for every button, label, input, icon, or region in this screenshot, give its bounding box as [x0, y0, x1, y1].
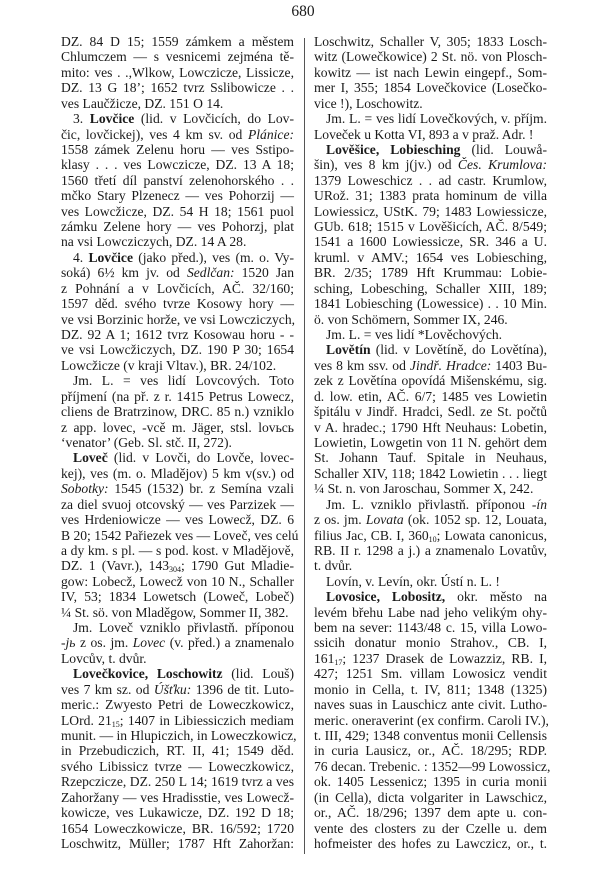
- text-line: Jm. L. = ves lidí *Lověchových.: [314, 327, 547, 342]
- entry-headword: Lovosice, Lobositz,: [326, 589, 445, 604]
- text-line: t. III, 429; 1348 conventus monii Cellen…: [314, 728, 547, 743]
- text-segment: cliens de Bratrzinow, DRC. 85 n.) vznikl…: [61, 404, 294, 419]
- text-segment: DZ. 92 A 1; 1612 tvrz Kosowau horu - -: [61, 327, 294, 342]
- text-line: Lověšice, Lobiesching (lid. Louwå-: [314, 142, 547, 157]
- text-segment: Lowcžicze (v kraji Vltav.), BR. 24/102.: [61, 358, 276, 373]
- entry-headword: Lovětín: [326, 342, 371, 357]
- text-segment: šin), ves 8 km j(jv.) od: [314, 157, 458, 172]
- text-segment: Lovcův, t. dvůr.: [61, 651, 147, 666]
- text-line: DZ. 1 (Vavr.), 143304; 1790 Gut Mladie-: [61, 558, 294, 573]
- italic-term: Lovata: [366, 512, 404, 527]
- text-segment: 1403 Bu-: [491, 358, 547, 373]
- text-segment: 1558 zámek Zelenu horu — ves Sstipo-: [61, 142, 294, 157]
- text-segment: (jako před.), ves (m. o. Vy-: [133, 250, 294, 265]
- text-line: ve vsi Borzinic horže, ve vsi Lowcziczyc…: [61, 312, 294, 327]
- text-line: šin), ves 8 km j(jv.) od Čes. Krumlova:: [314, 157, 547, 172]
- entry-headword: Lovčice: [88, 250, 133, 265]
- page-number: 680: [0, 3, 600, 21]
- text-line: 1597 děd. svého tvrze Kosowy hory —: [61, 296, 294, 311]
- text-line: meric.: Zwyesto Petri de Loweczkowicz,: [61, 697, 294, 712]
- text-segment: (lid. Louwå-: [460, 142, 547, 157]
- text-line: příjmení (na př. z r. 1415 Petrus Lowecz…: [61, 389, 294, 404]
- text-segment: v A. hradec.; 1790 Hft Neuhaus: Lobetin,: [314, 420, 547, 435]
- text-segment: (lid. v Lovčicích, do Lov-: [134, 111, 294, 126]
- text-segment: ves 7 km sz. od: [61, 682, 154, 697]
- text-segment: ; 1407 in Libiessiczich mediam: [120, 713, 294, 728]
- text-segment: filius Jac, CB. I, 360: [314, 528, 429, 543]
- text-line: 1379 Loweschicz . . ad castr. Krumlow,: [314, 173, 547, 188]
- text-segment: Jm. L. = ves lidí *Lověchových.: [326, 327, 502, 342]
- text-segment: ve vsi Borzinic horže, ve vsi Lowcziczyc…: [61, 312, 295, 327]
- text-line: Lowcžicze (v kraji Vltav.), BR. 24/102.: [61, 358, 294, 373]
- text-segment: (lid. v Lovětíně, do Lovětína),: [371, 342, 547, 357]
- text-line: DZ. 13 G 18’; 1652 tvrz Sslibowicze . .: [61, 80, 294, 95]
- text-segment: meric.: Zwyesto Petri de Loweczkowicz,: [61, 697, 294, 712]
- text-segment: ¼ St. n. von Jaroschau, Sommer X, 242.: [314, 481, 533, 496]
- text-line: d. low. etin, AČ. 6/7; 1485 ves Lowietin: [314, 389, 547, 404]
- text-segment: t. dvůr.: [314, 558, 352, 573]
- text-line: Jm. L. = ves lidí Lovečkových, v. příjm.: [314, 111, 547, 126]
- text-segment: ves Hrdeniowicze — ves Lowecž, DZ. 6: [61, 512, 294, 527]
- text-segment: Lowiessicz, UStK. 79; 1483 Lowiessicze,: [314, 204, 547, 219]
- text-segment: ves 8 km ssv. od: [314, 358, 410, 373]
- text-line: B 20; 1542 Pařiezek ves — Loveč, ves cel…: [61, 528, 294, 543]
- text-segment: a dy km. s pl. — s pod. kost. v Mladějov…: [61, 543, 294, 558]
- text-segment: DZ. 84 D 15; 1559 zámkem a městem: [61, 34, 294, 49]
- text-line: ves 7 km sz. od Úšťku: 1396 de tit. Luto…: [61, 682, 294, 697]
- entry-headword: Loveč: [73, 450, 108, 465]
- text-line: ve vsi Lowcžiczych, DZ. 190 P 30; 1654: [61, 342, 294, 357]
- text-line: Lovosice, Lobositz, okr. město na: [314, 589, 547, 604]
- text-line: 3. Lovčice (lid. v Lovčicích, do Lov-: [61, 111, 294, 126]
- text-line: mito: ves . .,Wlkow, Lowczicze, Lissicze…: [61, 65, 294, 80]
- text-line: LOrd. 2115; 1407 in Libiessiczich mediam: [61, 713, 294, 728]
- text-line: Schaller XIV, 118; 1842 Lowietin . . . l…: [314, 466, 547, 481]
- text-line: ves 8 km ssv. od Jindř. Hradce: 1403 Bu-: [314, 358, 547, 373]
- text-segment: ok. 1405 Lessenicz; 1395 in curia monii: [314, 774, 547, 789]
- text-segment: zámku Zelene hory — ves Pohorzj, plat: [61, 219, 294, 234]
- text-segment: Loschwitz, Müller; 1787 Hft Zahoržan:: [61, 836, 294, 851]
- text-line: (in Cella), dicta volgariter in Lawschic…: [314, 790, 547, 805]
- italic-term: -jь: [61, 635, 76, 650]
- text-line: špitálu v Jindř. Hradci, Sedl. ze St. po…: [314, 404, 547, 419]
- text-line: 427; 1251 Sm. villam Lowosicz vendit: [314, 666, 547, 681]
- text-line: in curia Lausicz, or., AČ. 18/295; RDP.: [314, 743, 547, 758]
- text-segment: witz (Lowečkowice) 2 St. nö. von Plosch-: [314, 49, 547, 64]
- text-line: ‘venator’ (Geb. Sl. stč. II, 272).: [61, 435, 294, 450]
- text-line: 16117; 1237 Drasek de Lowazziz, RB. I,: [314, 651, 547, 666]
- text-line: mer I, 355; 1854 Lovečkovice (Losečko-: [314, 80, 547, 95]
- text-segment: ¼ St. sö. von Mladěgow, Sommer II, 382.: [61, 605, 289, 620]
- text-line: filius Jac, CB. I, 36010; Lowata canonic…: [314, 528, 547, 543]
- text-segment: ve vsi Lowcžiczych, DZ. 190 P 30; 1654: [61, 342, 294, 357]
- text-line: meric. oneraverint (ex confirm. Caroli I…: [314, 713, 547, 728]
- text-line: z app. lovec, -vcě m. Jäger, stsl. lovьc…: [61, 420, 294, 435]
- text-segment: (lid. v Lovči, do Lovče, lovec-: [108, 450, 294, 465]
- text-line: Jm. Loveč vzniklo přivlastň. příponou: [61, 620, 294, 635]
- text-line: kowitz — ist nach Lewin eingepf., Som-: [314, 65, 547, 80]
- text-segment: gow: Lobecž, Lowecž von 10 N., Schaller: [61, 574, 294, 589]
- text-line: Loveč (lid. v Lovči, do Lovče, lovec-: [61, 450, 294, 465]
- italic-term: Úšťku:: [154, 682, 191, 697]
- text-segment: levém břehu Labe nad jeho velikým ohy-: [314, 605, 547, 620]
- text-segment: klasy . . . ves Lowczicze, DZ. 13 A 18;: [61, 157, 294, 172]
- text-segment: za diel svuoj otcovský — ves Parzizek —: [61, 497, 294, 512]
- text-line: svého Libissicz tvrze — Loweczkowicz,: [61, 759, 294, 774]
- text-segment: (ok. 1052 sp. 12, Louata,: [404, 512, 547, 527]
- text-segment: 427; 1251 Sm. villam Lowosicz vendit: [314, 666, 547, 681]
- text-line: Lovcův, t. dvůr.: [61, 651, 294, 666]
- text-line: DZ. 84 D 15; 1559 zámkem a městem: [61, 34, 294, 49]
- text-line: RB. II r. 1298 a j.) a znamenalo Lovatův…: [314, 543, 547, 558]
- text-segment: z app. lovec, -vcě m. Jäger, stsl. lovьc…: [61, 420, 294, 435]
- text-line: witz (Lowečkowice) 2 St. nö. von Plosch-: [314, 49, 547, 64]
- text-segment: ves Lowcžicze, DZ. 54 H 18; 1561 puol: [61, 204, 294, 219]
- text-line: ¼ St. n. von Jaroschau, Sommer X, 242.: [314, 481, 547, 496]
- text-segment: munit. — in Hlupiczich, in Loweczkowicz,: [61, 728, 297, 743]
- text-segment: ; 1237 Drasek de Lowazziz, RB. I,: [342, 651, 547, 666]
- text-line: cliens de Bratrzinow, DRC. 85 n.) vznikl…: [61, 404, 294, 419]
- text-segment: špitálu v Jindř. Hradci, Sedl. ze St. po…: [314, 404, 547, 419]
- text-segment: 1379 Loweschicz . . ad castr. Krumlow,: [314, 173, 547, 188]
- text-line: Loschwitz, Schaller V, 305; 1833 Losch-: [314, 34, 547, 49]
- text-line: naves suas in Lauschicz ante civit. Luth…: [314, 697, 547, 712]
- text-segment: kowicze, ves Lukawicze, DZ. 192 D 18;: [61, 805, 294, 820]
- text-segment: hofmeister des hofes zu Lawczicz, or., t…: [314, 836, 547, 851]
- text-segment: Chlumczem — s vesnicemi zejména tě-: [61, 49, 294, 64]
- text-segment: mer I, 355; 1854 Lovečkovice (Losečko-: [314, 80, 547, 95]
- text-line: a dy km. s pl. — s pod. kost. v Mladějov…: [61, 543, 294, 558]
- text-line: gow: Lobecž, Lowecž von 10 N., Schaller: [61, 574, 294, 589]
- text-segment: in curia Lausicz, or., AČ. 18/295; RDP.: [314, 743, 547, 758]
- text-segment: 1545 (1532) br. z Semína vzali: [109, 481, 294, 496]
- text-segment: 1597 děd. svého tvrze Kosowy hory —: [61, 296, 294, 311]
- text-line: DZ. 92 A 1; 1612 tvrz Kosowau horu - -: [61, 327, 294, 342]
- text-line: 1654 Loweczkowicze, BR. 16/592; 1720: [61, 821, 294, 836]
- text-segment: zek z Lovětína opovídá Mišenskému, sig.: [314, 373, 547, 388]
- text-segment: 1560 třetí díl panství zelenohorského . …: [61, 173, 294, 188]
- text-segment: 1520 Jan: [235, 265, 295, 280]
- text-line: klasy . . . ves Lowczicze, DZ. 13 A 18;: [61, 157, 294, 172]
- text-segment: (lid. Louš): [223, 666, 294, 681]
- italic-term: Lovec: [133, 635, 165, 650]
- right-column: Loschwitz, Schaller V, 305; 1833 Losch-w…: [314, 34, 547, 851]
- text-segment: Zahoržany — ves Hradisstie, ves Lowecž-: [61, 790, 294, 805]
- text-line: Loschwitz, Müller; 1787 Hft Zahoržan:: [61, 836, 294, 851]
- text-line: ssicih donatur monio Strahov., CB. I,: [314, 635, 547, 650]
- text-segment: okr. město na: [445, 589, 547, 604]
- text-line: Lovětín (lid. v Lovětíně, do Lovětína),: [314, 342, 547, 357]
- text-segment: Loschwitz, Schaller V, 305; 1833 Losch-: [314, 34, 547, 49]
- text-segment: URož. 31; 1383 prata hominum de villa: [314, 188, 547, 203]
- column-divider: [304, 38, 305, 854]
- text-segment: naves suas in Lauschicz ante civit. Luth…: [314, 697, 547, 712]
- text-line: kej), ves (m. o. Mladějov) 5 km v(sv.) o…: [61, 466, 294, 481]
- text-line: hofmeister des hofes zu Lawczicz, or., t…: [314, 836, 547, 851]
- text-segment: 1541 a 1600 Lowiessicze, SR. 346 a U.: [314, 234, 547, 249]
- text-segment: kowitz — ist nach Lewin eingepf., Som-: [314, 65, 547, 80]
- text-line: Jm. L. = ves lidí Lovcových. Toto: [61, 373, 294, 388]
- text-segment: bem na sever: 1143/48 c. 15, villa Lowo-: [314, 620, 547, 635]
- italic-term: Sobotky:: [61, 481, 109, 496]
- italic-term: -ín: [532, 497, 547, 512]
- text-line: Lovečkovice, Loschowitz (lid. Louš): [61, 666, 294, 681]
- text-line: ö. von Schömern, Sommer IX, 246.: [314, 312, 547, 327]
- text-line: zámku Zelene hory — ves Pohorzj, plat: [61, 219, 294, 234]
- text-line: Jm. L. vzniklo přivlastň. příponou -ín: [314, 497, 547, 512]
- text-line: t. dvůr.: [314, 558, 547, 573]
- text-line: Lovín, v. Levín, okr. Ústí n. L. !: [314, 574, 547, 589]
- text-line: 76 decan. Trebenic. : 1352—99 Lowossicz,: [314, 759, 547, 774]
- text-line: 1558 zámek Zelenu horu — ves Sstipo-: [61, 142, 294, 157]
- text-line: Lowietin, Lowgetin von 11 N. gehört dem: [314, 435, 547, 450]
- text-segment: ves Laučžicze, DZ. 151 O 14.: [61, 96, 223, 111]
- text-segment: 1654 Loweczkowicze, BR. 16/592; 1720: [61, 821, 294, 836]
- text-segment: 1396 de tit. Luto-: [191, 682, 294, 697]
- text-line: z os. jm. Lovata (ok. 1052 sp. 12, Louat…: [314, 512, 547, 527]
- text-segment: Jm. L. = ves lidí Lovečkových, v. příjm.: [326, 111, 547, 126]
- text-line: vice !), Loschowitz.: [314, 96, 547, 111]
- text-segment: čic, lovčickej), ves 4 km sv. od: [61, 127, 248, 142]
- text-segment: BR. 2/35; 1789 Hft Krummau: Lobie-: [314, 265, 547, 280]
- text-line: in Przebudiczich, RT. II, 41; 1549 děd.: [61, 743, 294, 758]
- text-line: Loveček u Kotta VI, 893 a v praž. Adr. !: [314, 127, 547, 142]
- text-segment: příjmení (na př. z r. 1415 Petrus Lowecz…: [61, 389, 294, 404]
- text-segment: 161: [314, 651, 334, 666]
- text-segment: z os. jm.: [314, 512, 366, 527]
- text-line: na vsi Lowcziczych, DZ. 14 A 28.: [61, 234, 294, 249]
- text-segment: or., AČ. 18/296; 1397 dem apte u. con-: [314, 805, 547, 820]
- text-segment: na vsi Lowcziczych, DZ. 14 A 28.: [61, 234, 246, 249]
- text-line: Lowiessicz, UStK. 79; 1483 Lowiessicze,: [314, 204, 547, 219]
- text-segment: ; Lowata canonicus,: [437, 528, 547, 543]
- text-segment: 3.: [73, 111, 90, 126]
- text-line: 1841 Lobiesching (Lowessice) . . 10 Min.: [314, 296, 547, 311]
- italic-term: Jindř. Hradce:: [410, 358, 491, 373]
- text-line: sching, Lobesching, Schaller XIII, 189;: [314, 281, 547, 296]
- text-segment: Jm. L. vzniklo přivlastň. příponou: [326, 497, 532, 512]
- text-segment: ö. von Schömern, Sommer IX, 246.: [314, 312, 508, 327]
- text-line: levém břehu Labe nad jeho velikým ohy-: [314, 605, 547, 620]
- text-segment: 4.: [73, 250, 88, 265]
- left-column: DZ. 84 D 15; 1559 zámkem a městemChlumcz…: [61, 34, 294, 851]
- text-line: Rzepczicze, DZ. 250 L 14; 1619 tvrz a ve…: [61, 774, 294, 789]
- entry-headword: Lovečkovice, Loschowitz: [73, 666, 223, 681]
- text-segment: B 20; 1542 Pařiezek ves — Loveč, ves cel…: [61, 528, 298, 543]
- text-segment: Jm. Loveč vzniklo přivlastň. příponou: [73, 620, 294, 635]
- text-segment: z os. jm.: [76, 635, 133, 650]
- text-segment: soká) 6½ km jv. od: [61, 265, 187, 280]
- text-line: za diel svuoj otcovský — ves Parzizek —: [61, 497, 294, 512]
- entry-headword: Lovčice: [90, 111, 135, 126]
- text-line: ok. 1405 Lessenicz; 1395 in curia monii: [314, 774, 547, 789]
- text-line: or., AČ. 18/296; 1397 dem apte u. con-: [314, 805, 547, 820]
- text-line: 4. Lovčice (jako před.), ves (m. o. Vy-: [61, 250, 294, 265]
- text-segment: Lovín, v. Levín, okr. Ústí n. L. !: [326, 574, 500, 589]
- text-segment: mito: ves . .,Wlkow, Lowczicze, Lissicze…: [61, 65, 294, 80]
- text-segment: monio in Cella, t. IV, 811; 1348 (1325): [314, 682, 547, 697]
- text-line: -jь z os. jm. Lovec (v. před.) a znamena…: [61, 635, 294, 650]
- text-segment: d. low. etin, AČ. 6/7; 1485 ves Lowietin: [314, 389, 547, 404]
- text-line: kruml. v AMV.; 1654 ves Lobiesching,: [314, 250, 547, 265]
- text-line: ves Hrdeniowicze — ves Lowecž, DZ. 6: [61, 512, 294, 527]
- text-segment: 76 decan. Trebenic. : 1352—99 Lowossicz,: [314, 759, 550, 774]
- text-line: z Pohnání a v Lovčicích, AČ. 32/160;: [61, 281, 294, 296]
- text-line: čic, lovčickej), ves 4 km sv. od Plánice…: [61, 127, 294, 142]
- italic-term: Čes. Krumlova:: [458, 157, 547, 172]
- text-segment: ‘venator’ (Geb. Sl. stč. II, 272).: [61, 435, 232, 450]
- italic-term: Sedlčan:: [187, 265, 235, 280]
- text-line: 1560 třetí díl panství zelenohorského . …: [61, 173, 294, 188]
- text-segment: mčko Stary Plzenecz — ves Pohorzij —: [61, 188, 294, 203]
- text-segment: svého Libissicz tvrze — Loweczkowicz,: [61, 759, 294, 774]
- text-segment: z Pohnání a v Lovčicích, AČ. 32/160;: [61, 281, 294, 296]
- text-line: Chlumczem — s vesnicemi zejména tě-: [61, 49, 294, 64]
- italic-term: Plánice:: [248, 127, 294, 142]
- text-segment: Loveček u Kotta VI, 893 a v praž. Adr. !: [314, 127, 533, 142]
- text-line: kowicze, ves Lukawicze, DZ. 192 D 18;: [61, 805, 294, 820]
- text-line: Sobotky: 1545 (1532) br. z Semína vzali: [61, 481, 294, 496]
- text-segment: GUb. 618; 1515 v Lověšicích, AČ. 8/549;: [314, 219, 547, 234]
- text-segment: IV, 53; 1834 Lowetsch (Loweč, Lobeč): [61, 589, 294, 604]
- text-segment: in Przebudiczich, RT. II, 41; 1549 děd.: [61, 743, 294, 758]
- text-segment: ssicih donatur monio Strahov., CB. I,: [314, 635, 547, 650]
- text-line: Zahoržany — ves Hradisstie, ves Lowecž-: [61, 790, 294, 805]
- text-segment: vente des closters zu der Czelle u. dem: [314, 821, 547, 836]
- text-line: IV, 53; 1834 Lowetsch (Loweč, Lobeč): [61, 589, 294, 604]
- text-segment: t. III, 429; 1348 conventus monii Cellen…: [314, 728, 547, 743]
- text-segment: Lowietin, Lowgetin von 11 N. gehört dem: [314, 435, 547, 450]
- text-line: vente des closters zu der Czelle u. dem: [314, 821, 547, 836]
- text-segment: Schaller XIV, 118; 1842 Lowietin . . . l…: [314, 466, 547, 481]
- entry-headword: Lověšice, Lobiesching: [326, 142, 460, 157]
- text-line: 1541 a 1600 Lowiessicze, SR. 346 a U.: [314, 234, 547, 249]
- text-segment: kruml. v AMV.; 1654 ves Lobiesching,: [314, 250, 547, 265]
- text-line: ¼ St. sö. von Mladěgow, Sommer II, 382.: [61, 605, 294, 620]
- text-line: mčko Stary Plzenecz — ves Pohorzij —: [61, 188, 294, 203]
- text-line: URož. 31; 1383 prata hominum de villa: [314, 188, 547, 203]
- text-segment: DZ. 13 G 18’; 1652 tvrz Sslibowicze . .: [61, 80, 294, 95]
- text-segment: LOrd. 21: [61, 713, 112, 728]
- text-line: monio in Cella, t. IV, 811; 1348 (1325): [314, 682, 547, 697]
- text-segment: vice !), Loschowitz.: [314, 96, 423, 111]
- text-line: v A. hradec.; 1790 Hft Neuhaus: Lobetin,: [314, 420, 547, 435]
- text-segment: Rzepczicze, DZ. 250 L 14; 1619 tvrz a ve…: [61, 774, 294, 789]
- text-line: bem na sever: 1143/48 c. 15, villa Lowo-: [314, 620, 547, 635]
- text-segment: (in Cella), dicta volgariter in Lawschic…: [314, 790, 547, 805]
- text-segment: DZ. 1 (Vavr.), 143: [61, 558, 169, 573]
- text-segment: 1841 Lobiesching (Lowessice) . . 10 Min.: [314, 296, 547, 311]
- text-segment: RB. II r. 1298 a j.) a znamenalo Lovatův…: [314, 543, 547, 558]
- text-segment: meric. oneraverint (ex confirm. Caroli I…: [314, 713, 549, 728]
- text-segment: ; 1790 Gut Mladie-: [181, 558, 294, 573]
- text-segment: (v. před.) a znamenalo: [165, 635, 294, 650]
- text-segment: kej), ves (m. o. Mladějov) 5 km v(sv.) o…: [61, 466, 294, 481]
- text-segment: Jm. L. = ves lidí Lovcových. Toto: [73, 373, 294, 388]
- text-line: St. Johann Tauf. Spitale in Neuhaus,: [314, 450, 547, 465]
- text-line: munit. — in Hlupiczich, in Loweczkowicz,: [61, 728, 294, 743]
- text-segment: St. Johann Tauf. Spitale in Neuhaus,: [314, 450, 547, 465]
- text-line: GUb. 618; 1515 v Lověšicích, AČ. 8/549;: [314, 219, 547, 234]
- text-line: soká) 6½ km jv. od Sedlčan: 1520 Jan: [61, 265, 294, 280]
- text-line: BR. 2/35; 1789 Hft Krummau: Lobie-: [314, 265, 547, 280]
- text-line: ves Laučžicze, DZ. 151 O 14.: [61, 96, 294, 111]
- text-segment: sching, Lobesching, Schaller XIII, 189;: [314, 281, 547, 296]
- text-line: zek z Lovětína opovídá Mišenskému, sig.: [314, 373, 547, 388]
- text-line: ves Lowcžicze, DZ. 54 H 18; 1561 puol: [61, 204, 294, 219]
